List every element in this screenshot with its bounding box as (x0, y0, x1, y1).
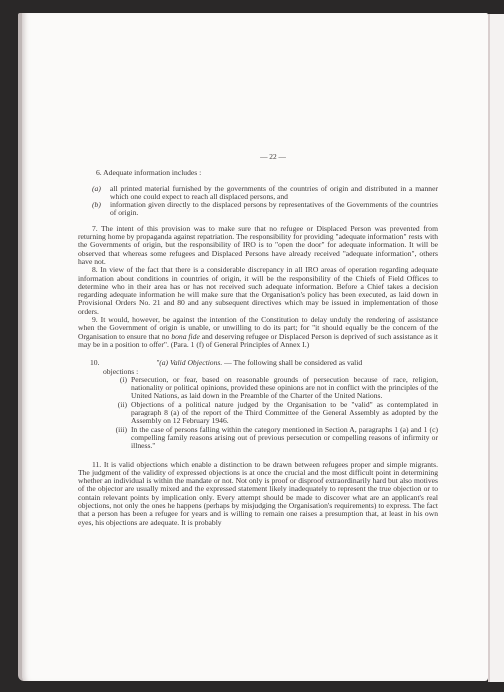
para-10-item-iii: (iii) In the case of persons falling wit… (103, 426, 438, 451)
item-text: all printed material furnished by the go… (110, 185, 438, 202)
item-label: (iii) (103, 426, 131, 451)
document-page: — 22 — 6. Adequate information includes … (18, 13, 488, 681)
para-6-heading: 6. Adequate information includes : (96, 169, 438, 177)
item-text: Objections of a political nature judged … (131, 401, 438, 426)
para-10-intro-text: — The following shall be considered as v… (222, 358, 362, 367)
page-number: — 22 — (108, 153, 438, 161)
para-9: 9. It would, however, be against the int… (78, 316, 438, 349)
item-text: Persecution, or fear, based on reasonabl… (131, 376, 438, 401)
adjacent-page-edge (488, 14, 504, 682)
para-6-item-a: (a) all printed material furnished by th… (92, 185, 438, 202)
para-11: 11. It is valid objections which enable … (78, 461, 438, 527)
para-7: 7. The intent of this provision was to m… (78, 225, 438, 266)
item-label: (b) (92, 201, 110, 218)
page-content: — 22 — 6. Adequate information includes … (78, 153, 438, 527)
item-text: information given directly to the displa… (110, 201, 438, 218)
item-label: (ii) (103, 401, 131, 426)
item-label: (a) (92, 185, 110, 202)
para-8: 8. In view of the fact that there is a c… (78, 266, 438, 316)
para-10-item-i: (i) Persecution, or fear, based on reaso… (103, 376, 438, 401)
item-label: (i) (103, 376, 131, 401)
para-10-intro-label: "(a) Valid Objections. (156, 358, 222, 367)
para-10-item-ii: (ii) Objections of a political nature ju… (103, 401, 438, 426)
item-text: In the case of persons falling within th… (131, 426, 438, 451)
para-6-item-b: (b) information given directly to the di… (92, 201, 438, 218)
